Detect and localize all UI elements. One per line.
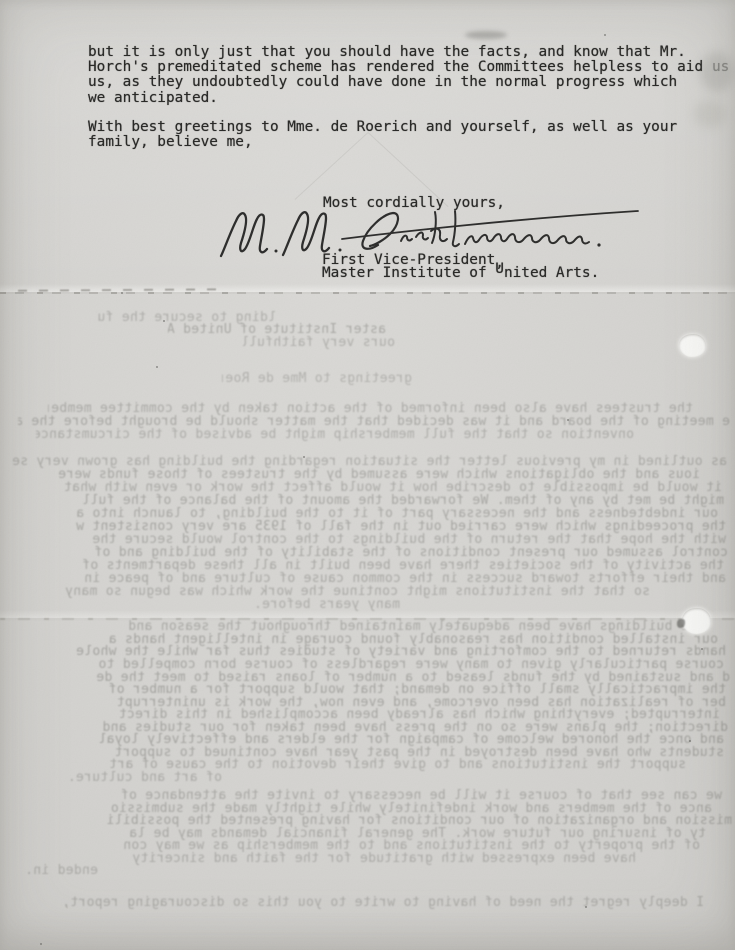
bleedthrough-line: the activity of the societies there have…	[24, 559, 724, 572]
dust-speck	[567, 419, 569, 421]
bleedthrough-line: hands returned to the comforting and var…	[14, 645, 726, 658]
bleedthrough-line: support the institutions and to give the…	[26, 758, 686, 771]
dust-speck	[303, 456, 305, 458]
bleedthrough-line: I deeply regret the need of having to wr…	[16, 896, 704, 909]
faded-margin-word: us	[712, 60, 729, 75]
bleedthrough-line: onvention so that the full membership mi…	[36, 428, 634, 441]
bleedthrough-line: aster Institute of United Arts	[168, 323, 386, 336]
bleedthrough-line: might be met by any of them. We forwarde…	[18, 494, 724, 507]
signature-strokes	[221, 211, 638, 256]
bleedthrough-line: of the property to the institutions and …	[60, 839, 700, 852]
fold-crease	[0, 610, 735, 618]
bleedthrough-line: control assumed our present conditions o…	[14, 546, 728, 559]
bleedthrough-line: our indebtedness and the necessary part …	[30, 507, 718, 520]
typed-line: we anticipated.	[88, 91, 703, 106]
bleedthrough-line: and once the honored welcome of campaign…	[24, 733, 724, 746]
fold-crease	[0, 284, 735, 292]
bleedthrough-line: greetings to Mme de Roer	[222, 372, 412, 385]
dust-speck	[689, 740, 691, 742]
body-paragraph-2: With best greetings to Mme. de Roerich a…	[88, 120, 677, 150]
dust-speck	[701, 648, 703, 650]
bleedthrough-line: mission and organization of our conditio…	[8, 814, 732, 827]
typed-line: With best greetings to Mme. de Roerich a…	[88, 120, 677, 135]
bleedthrough-line: ious and the obligations which were assu…	[40, 468, 700, 481]
signer-institution: Master Institute of United Arts.	[322, 266, 599, 281]
hole-punch	[679, 334, 706, 357]
bleedthrough-line: the proceedings which were carried out i…	[16, 520, 726, 533]
institution-raised-letter: U	[495, 261, 504, 277]
bleedthrough-line: we can see that of course it will be nec…	[16, 789, 722, 802]
bleedthrough-line: ended in.	[28, 864, 98, 877]
bleedthrough-line: many years before.	[230, 598, 400, 611]
fold-crease	[0, 292, 735, 294]
valediction: Most cordially yours,	[323, 196, 505, 211]
dust-speck	[40, 943, 42, 945]
institution-pre: Master Institute of	[322, 265, 495, 281]
bleedthrough-line: it would be impossible to describe how i…	[22, 481, 722, 494]
hole-punch-tear	[677, 619, 685, 628]
bleedthrough-line: e meeting of the board and it was decide…	[18, 415, 730, 428]
bleedthrough-line: the buildings have been adequately maint…	[105, 620, 705, 633]
dust-speck	[604, 34, 606, 36]
bleedthrough-line: as outlined in my previous letter the si…	[12, 455, 727, 468]
bleedthrough-line: the impractically small office on demand…	[26, 683, 726, 696]
bleedthrough-line: of art and culture.	[32, 771, 222, 784]
dust-speck	[156, 366, 158, 368]
typed-line: but it is only just that you should have…	[88, 45, 703, 60]
dust-speck	[163, 320, 165, 322]
dust-speck	[121, 292, 123, 294]
institution-post: nited Arts.	[504, 265, 599, 281]
bleedthrough-line: and their efforts toward success in the …	[18, 572, 726, 585]
bleedthrough-line: so that the institutions might continue …	[30, 585, 650, 598]
typed-line: family, believe me,	[88, 135, 677, 150]
body-paragraph-1: but it is only just that you should have…	[88, 45, 703, 106]
fold-crease	[18, 288, 228, 291]
bleedthrough-line: course particularly given to many were r…	[22, 658, 724, 671]
bleedthrough-line: interrupted; everything which has alread…	[30, 708, 720, 721]
hole-punch	[682, 608, 711, 634]
typed-line: us, as they undoubtedly could have done …	[88, 75, 703, 90]
letter-page: lding to secure the fullaster Institute …	[0, 0, 735, 950]
ink-smudge	[465, 31, 507, 39]
bleedthrough-line: the trustees have also been informed of …	[48, 402, 693, 415]
bleedthrough-line: with the hope that the return of the bui…	[26, 533, 726, 546]
dust-speck	[585, 906, 587, 908]
bleedthrough-line: ours very faithfully	[243, 336, 395, 349]
bleedthrough-line: have been expressed with gratitude for t…	[76, 852, 636, 865]
